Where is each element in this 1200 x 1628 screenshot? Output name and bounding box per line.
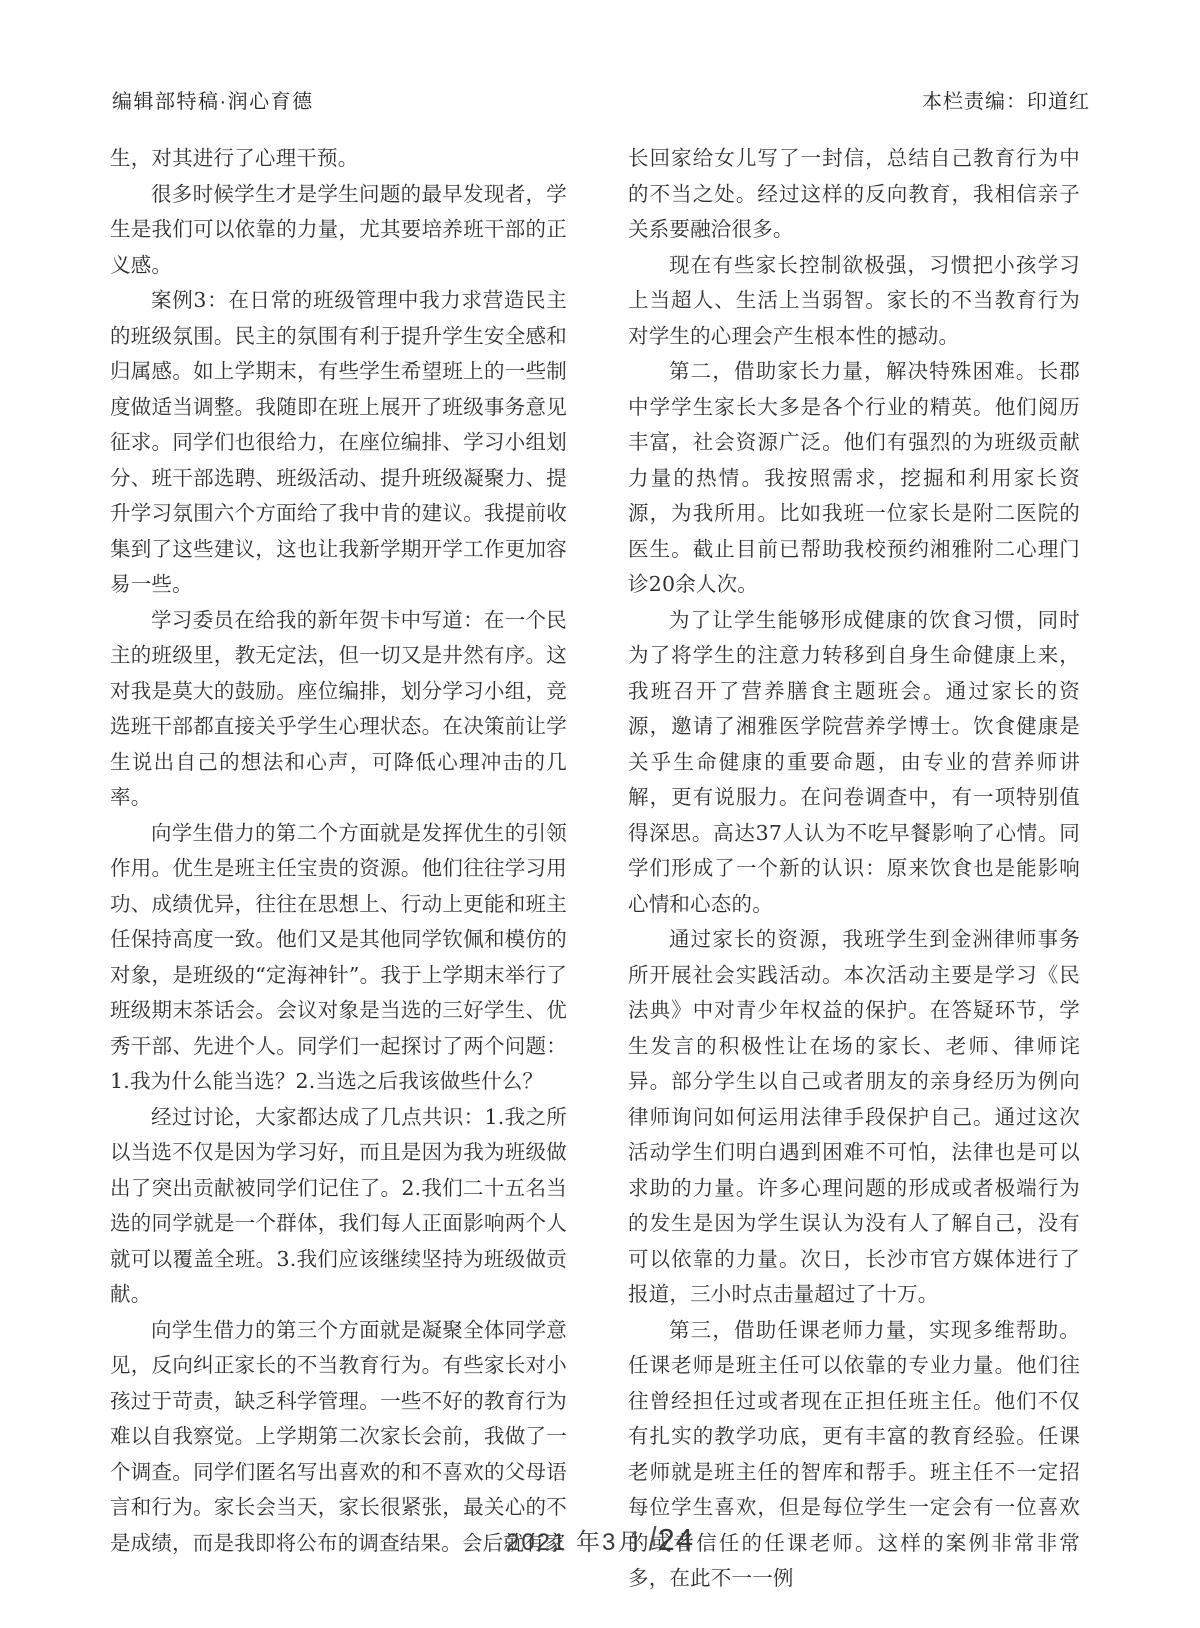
paragraph: 为了让学生能够形成健康的饮食习惯，同时为了将学生的注意力转移到自身生命健康上来，… bbox=[628, 603, 1080, 923]
paragraph: 向学生借力的第二个方面就是发挥优生的引领作用。优生是班主任宝贵的资源。他们往往学… bbox=[110, 816, 567, 1100]
paragraph: 生，对其进行了心理干预。 bbox=[110, 141, 567, 177]
paragraph: 学习委员在给我的新年贺卡中写道：在一个民主的班级里，教无定法，但一切又是井然有序… bbox=[110, 603, 567, 816]
paragraph: 长回家给女儿写了一封信，总结自己教育行为中的不当之处。经过这样的反向教育，我相信… bbox=[628, 141, 1080, 248]
paragraph: 很多时候学生才是学生问题的最早发现者，学生是我们可以依靠的力量，尤其要培养班干部… bbox=[110, 177, 567, 284]
footer-date: 2021 年3月 bbox=[506, 1522, 643, 1557]
header-editor-credit: 本栏责编：印道红 bbox=[922, 85, 1090, 114]
header-section-title: 编辑部特稿·润心育德 bbox=[112, 85, 314, 114]
paragraph: 通过家长的资源，我班学生到金洲律师事务所开展社会实践活动。本次活动主要是学习《民… bbox=[628, 922, 1080, 1313]
article-column-right: 长回家给女儿写了一封信，总结自己教育行为中的不当之处。经过这样的反向教育，我相信… bbox=[628, 141, 1080, 1597]
paragraph: 案例3：在日常的班级管理中我力求营造民主的班级氛围。民主的氛围有利于提升学生安全… bbox=[110, 283, 567, 603]
footer-page-number: 24 bbox=[658, 1522, 694, 1558]
paragraph: 经过讨论，大家都达成了几点共识：1.我之所以当选不仅是因为学习好，而且是因为我为… bbox=[110, 1100, 567, 1313]
footer-slash: / bbox=[649, 1520, 657, 1558]
magazine-page: 编辑部特稿·润心育德 本栏责编：印道红 生，对其进行了心理干预。 很多时候学生才… bbox=[0, 0, 1200, 1628]
paragraph: 现在有些家长控制欲极强，习惯把小孩学习上当超人、生活上当弱智。家长的不当教育行为… bbox=[628, 248, 1080, 355]
article-column-left: 生，对其进行了心理干预。 很多时候学生才是学生问题的最早发现者，学生是我们可以依… bbox=[110, 141, 567, 1561]
page-footer: 2021 年3月 / 24 bbox=[0, 1520, 1200, 1558]
paragraph: 第二，借助家长力量，解决特殊困难。长郡中学学生家长大多是各个行业的精英。他们阅历… bbox=[628, 354, 1080, 603]
